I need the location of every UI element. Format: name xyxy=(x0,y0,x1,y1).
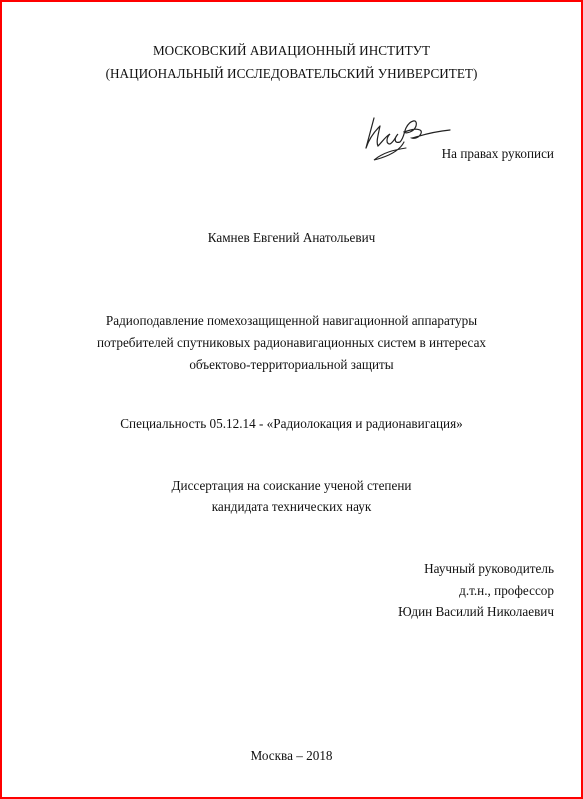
institution-subtitle: (НАЦИОНАЛЬНЫЙ ИССЛЕДОВАТЕЛЬСКИЙ УНИВЕРСИ… xyxy=(0,67,583,80)
city-year: Москва – 2018 xyxy=(0,749,583,762)
dissertation-title-line-1: Радиоподавление помехозащищенной навигац… xyxy=(0,314,583,327)
supervisor-label: Научный руководитель xyxy=(424,562,554,575)
manuscript-note: На правах рукописи xyxy=(442,147,554,160)
page-frame xyxy=(0,0,583,799)
institution-name: МОСКОВСКИЙ АВИАЦИОННЫЙ ИНСТИТУТ xyxy=(0,44,583,57)
dissertation-title-line-3: объектово-территориальной защиты xyxy=(0,358,583,371)
specialty: Специальность 05.12.14 - «Радиолокация и… xyxy=(0,417,583,430)
degree-line-2: кандидата технических наук xyxy=(0,500,583,513)
dissertation-title-line-2: потребителей спутниковых радионавигацион… xyxy=(0,336,583,349)
author-name: Камнев Евгений Анатольевич xyxy=(0,231,583,244)
degree-line-1: Диссертация на соискание ученой степени xyxy=(0,479,583,492)
supervisor-rank: д.т.н., профессор xyxy=(459,584,554,597)
supervisor-name: Юдин Василий Николаевич xyxy=(398,605,554,618)
